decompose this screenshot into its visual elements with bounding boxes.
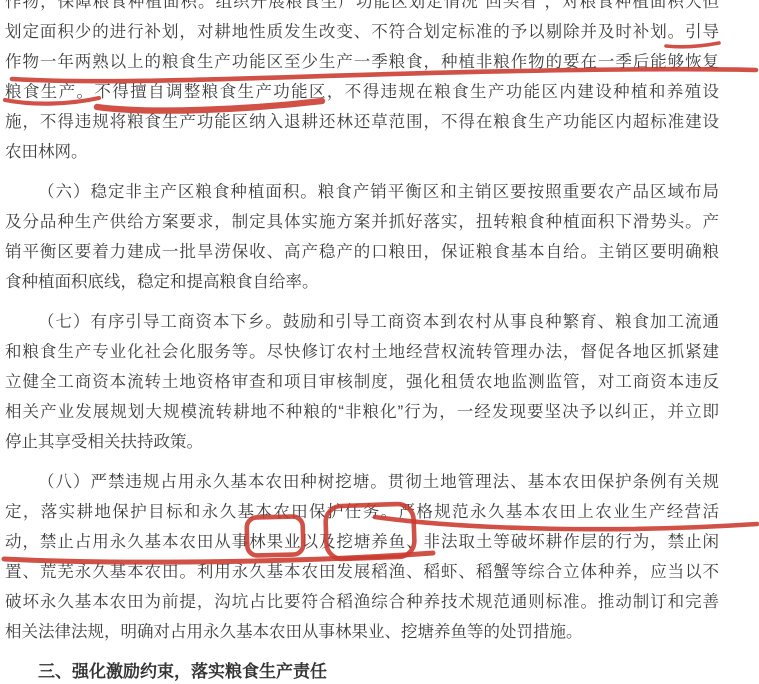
paragraph: 作物，保障粮食种植面积。组织开展粮食生产功能区划定情况“回头看”，对粮食种植面积…: [5, 0, 719, 167]
text-line: 破坏永久基本农田为前提，沟坑占比要符合稻渔综合种养技术规范通则标准。推动制订和完…: [5, 587, 719, 617]
text-line: 和粮食生产专业化社会化服务等。尽快修订农村土地经营权流转管理办法，督促各地区抓紧…: [5, 337, 719, 367]
text-line: 及分品种生产供给方案要求，制定具体实施方案并抓好落实，扭转粮食种植面积下滑势头。…: [5, 207, 719, 237]
text-line: （八）严禁违规占用永久基本农田种树挖塘。贯彻土地管理法、基本农田保护条例有关规: [5, 467, 719, 497]
text-line: 相关法律法规，明确对占用永久基本农田从事林果业、挖塘养鱼等的处罚措施。: [5, 617, 719, 647]
text-line: 粮食生产。不得擅自调整粮食生产功能区，不得违规在粮食生产功能区内建设种植和养殖设: [5, 77, 719, 107]
text-line: （七）有序引导工商资本下乡。鼓励和引导工商资本到农村从事良种繁育、粮食加工流通: [5, 307, 719, 337]
text-line: 动，禁止占用永久基本农田从事林果业以及挖塘养鱼、非法取土等破坏耕作层的行为，禁止…: [5, 527, 719, 557]
text-line: 立健全工商资本流转土地资格审查和项目审核制度，强化租赁农地监测监管，对工商资本违…: [5, 367, 719, 397]
text-line: 停止其享受相关扶持政策。: [5, 427, 719, 457]
text-line: 作物一年两熟以上的粮食生产功能区至少生产一季粮食，种植非粮作物的要在一季后能够恢…: [5, 47, 719, 77]
text-line: 作物，保障粮食种植面积。组织开展粮食生产功能区划定情况“回头看”，对粮食种植面积…: [5, 0, 719, 17]
document-body: 作物，保障粮食种植面积。组织开展粮食生产功能区划定情况“回头看”，对粮食种植面积…: [5, 0, 719, 684]
text-line: 销平衡区要着力建成一批旱涝保收、高产稳产的口粮田，保证粮食基本自给。主销区要明确…: [5, 237, 719, 267]
text-line: 农田林网。: [5, 137, 719, 167]
paragraph-8: （八）严禁违规占用永久基本农田种树挖塘。贯彻土地管理法、基本农田保护条例有关规 …: [5, 467, 719, 647]
text-line: 食种植面积底线，稳定和提高粮食自给率。: [5, 267, 719, 297]
text-line: 定，落实耕地保护目标和永久基本农田保护任务。严格规范永久基本农田上农业生产经营活: [5, 497, 719, 527]
text-line: 置、荒芜永久基本农田。利用永久基本农田发展稻渔、稻虾、稻蟹等综合立体种养，应当以…: [5, 557, 719, 587]
text-line: （六）稳定非主产区粮食种植面积。粮食产销平衡区和主销区要按照重要农产品区域布局: [5, 177, 719, 207]
text-line: 划定面积少的进行补划，对耕地性质发生改变、不符合划定标准的予以剔除并及时补划。引…: [5, 17, 719, 47]
text-line: 施，不得违规将粮食生产功能区纳入退耕还林还草范围，不得在粮食生产功能区内超标准建…: [5, 107, 719, 137]
paragraph-7: （七）有序引导工商资本下乡。鼓励和引导工商资本到农村从事良种繁育、粮食加工流通 …: [5, 307, 719, 457]
paragraph-6: （六）稳定非主产区粮食种植面积。粮食产销平衡区和主销区要按照重要农产品区域布局 …: [5, 177, 719, 297]
section-heading: 三、强化激励约束，落实粮食生产责任: [5, 657, 719, 684]
document-page[interactable]: 作物，保障粮食种植面积。组织开展粮食生产功能区划定情况“回头看”，对粮食种植面积…: [0, 0, 759, 684]
text-line: 相关产业发展规划大规模流转耕地不种粮的“非粮化”行为，一经发现要坚决予以纠正，并…: [5, 397, 719, 427]
